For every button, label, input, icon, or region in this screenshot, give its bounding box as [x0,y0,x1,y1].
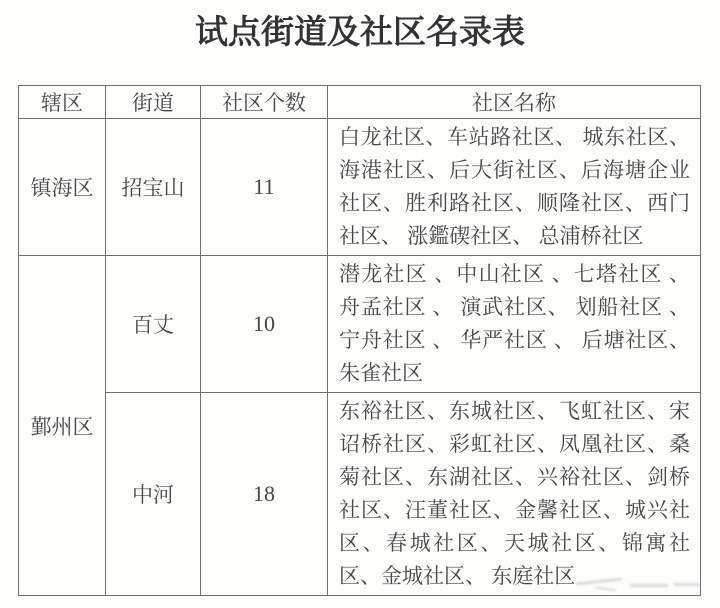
cell-street: 招宝山 [106,119,201,256]
cell-count: 18 [201,393,328,596]
table-row: 镇海区 招宝山 11 白龙社区、车站路社区、 城东社区、海港社区、后大街社区、后… [19,119,701,256]
cell-street: 百丈 [106,256,201,393]
directory-table: 辖区 街道 社区个数 社区名称 镇海区 招宝山 11 白龙社区、车站路社区、 城… [18,85,701,596]
cell-district: 镇海区 [19,119,106,256]
header-row: 辖区 街道 社区个数 社区名称 [19,86,701,119]
table-row: 鄞州区 百丈 10 潜龙社区 、中山社区 、七塔社区 、舟孟社区 、 演武社区、… [19,256,701,393]
cell-street: 中河 [106,393,201,596]
cell-communities: 东裕社区、东城社区、飞虹社区、宋诏桥社区、彩虹社区、凤凰社区、桑菊社区、东湖社区… [328,393,701,596]
header-community-count: 社区个数 [201,86,328,119]
cell-district: 鄞州区 [19,256,106,596]
cell-communities: 白龙社区、车站路社区、 城东社区、海港社区、后大街社区、后海塘企业社区、胜利路社… [328,119,701,256]
header-district: 辖区 [19,86,106,119]
cell-communities: 潜龙社区 、中山社区 、七塔社区 、舟孟社区 、 演武社区、 划船社区 、宁舟社… [328,256,701,393]
header-street: 街道 [106,86,201,119]
cell-count: 10 [201,256,328,393]
page-title: 试点街道及社区名录表 [0,6,720,53]
table-row: 中河 18 东裕社区、东城社区、飞虹社区、宋诏桥社区、彩虹社区、凤凰社区、桑菊社… [19,393,701,596]
cell-count: 11 [201,119,328,256]
header-community-names: 社区名称 [328,86,701,119]
